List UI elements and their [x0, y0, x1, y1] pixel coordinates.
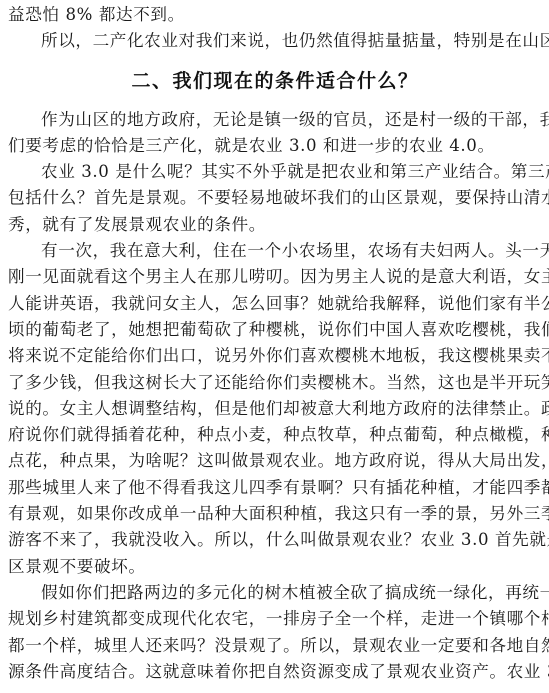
text-line: 规划乡村建筑都变成现代化农宅，一排房子全一个样，走进一个镇哪个村: [8, 606, 542, 632]
text-line: 将来说不定能给你们出口，说另外你们喜欢樱桃木地板，我这樱桃果卖不: [8, 343, 542, 369]
text-line: 包括什么？首先是景观。不要轻易地破坏我们的山区景观，要保持山清水: [8, 185, 542, 211]
text-line: 作为山区的地方政府，无论是镇一级的官员，还是村一级的干部，我: [8, 107, 542, 133]
text-line: 都一个样，城里人还来吗？没景观了。所以，景观农业一定要和各地自然资: [8, 633, 542, 659]
text-line: 那些城里人来了他不得看我这儿四季有景啊？只有插花种植，才能四季都: [8, 475, 542, 501]
text-line: 们要考虑的恰恰是三产化，就是农业 3.0 和进一步的农业 4.0。: [8, 133, 542, 159]
text-line: 所以，二产化农业对我们来说，也仍然值得掂量掂量，特别是在山区。: [8, 28, 542, 54]
document-page: 益恐怕 8% 都达不到。 所以，二产化农业对我们来说，也仍然值得掂量掂量，特别是…: [8, 2, 542, 685]
text-line: 有一次，我在意大利，住在一个小农场里，农场有夫妇两人。头一天，: [8, 238, 542, 264]
text-line: 农业 3.0 是什么呢？其实不外乎就是把农业和第三产业结合。第三产业: [8, 159, 542, 185]
text-line: 府说你们就得插着花种，种点小麦，种点牧草，种点葡萄，种点橄榄，种: [8, 422, 542, 448]
paragraph: 作为山区的地方政府，无论是镇一级的官员，还是村一级的干部，我 们要考虑的恰恰是三…: [8, 107, 542, 160]
text-line: 人能讲英语，我就问女主人，怎么回事？她就给我解释，说他们家有半公: [8, 291, 542, 317]
text-line: 了多少钱，但我这树长大了还能给你们卖樱桃木。当然，这也是半开玩笑: [8, 370, 542, 396]
text-line: 源条件高度结合。这就意味着你把自然资源变成了景观农业资产。农业 3.0: [8, 659, 542, 685]
text-line: 游客不来了，我就没收入。所以，什么叫做景观农业？农业 3.0 首先就是山: [8, 527, 542, 553]
paragraph: 有一次，我在意大利，住在一个小农场里，农场有夫妇两人。头一天， 刚一见面就看这个…: [8, 238, 542, 580]
text-line: 秀，就有了发展景观农业的条件。: [8, 212, 542, 238]
section-heading: 二、我们现在的条件适合什么？: [8, 67, 542, 95]
text-line: 刚一见面就看这个男主人在那儿唠叨。因为男主人说的是意大利语，女主: [8, 264, 542, 290]
paragraph: 农业 3.0 是什么呢？其实不外乎就是把农业和第三产业结合。第三产业 包括什么？…: [8, 159, 542, 238]
text-line: 假如你们把路两边的多元化的树木植被全砍了搞成统一绿化，再统一: [8, 580, 542, 606]
text-line: 顷的葡萄老了，她想把葡萄砍了种樱桃，说你们中国人喜欢吃樱桃，我们: [8, 317, 542, 343]
text-line: 区景观不要破坏。: [8, 554, 542, 580]
paragraph: 假如你们把路两边的多元化的树木植被全砍了搞成统一绿化，再统一 规划乡村建筑都变成…: [8, 580, 542, 685]
text-line: 益恐怕 8% 都达不到。: [8, 2, 542, 28]
text-line: 有景观，如果你改成单一品种大面积种植，我这只有一季的景，另外三季: [8, 501, 542, 527]
text-line: 点花，种点果，为啥呢？这叫做景观农业。地方政府说，得从大局出发，: [8, 448, 542, 474]
text-line: 说的。女主人想调整结构，但是他们却被意大利地方政府的法律禁止。政: [8, 396, 542, 422]
